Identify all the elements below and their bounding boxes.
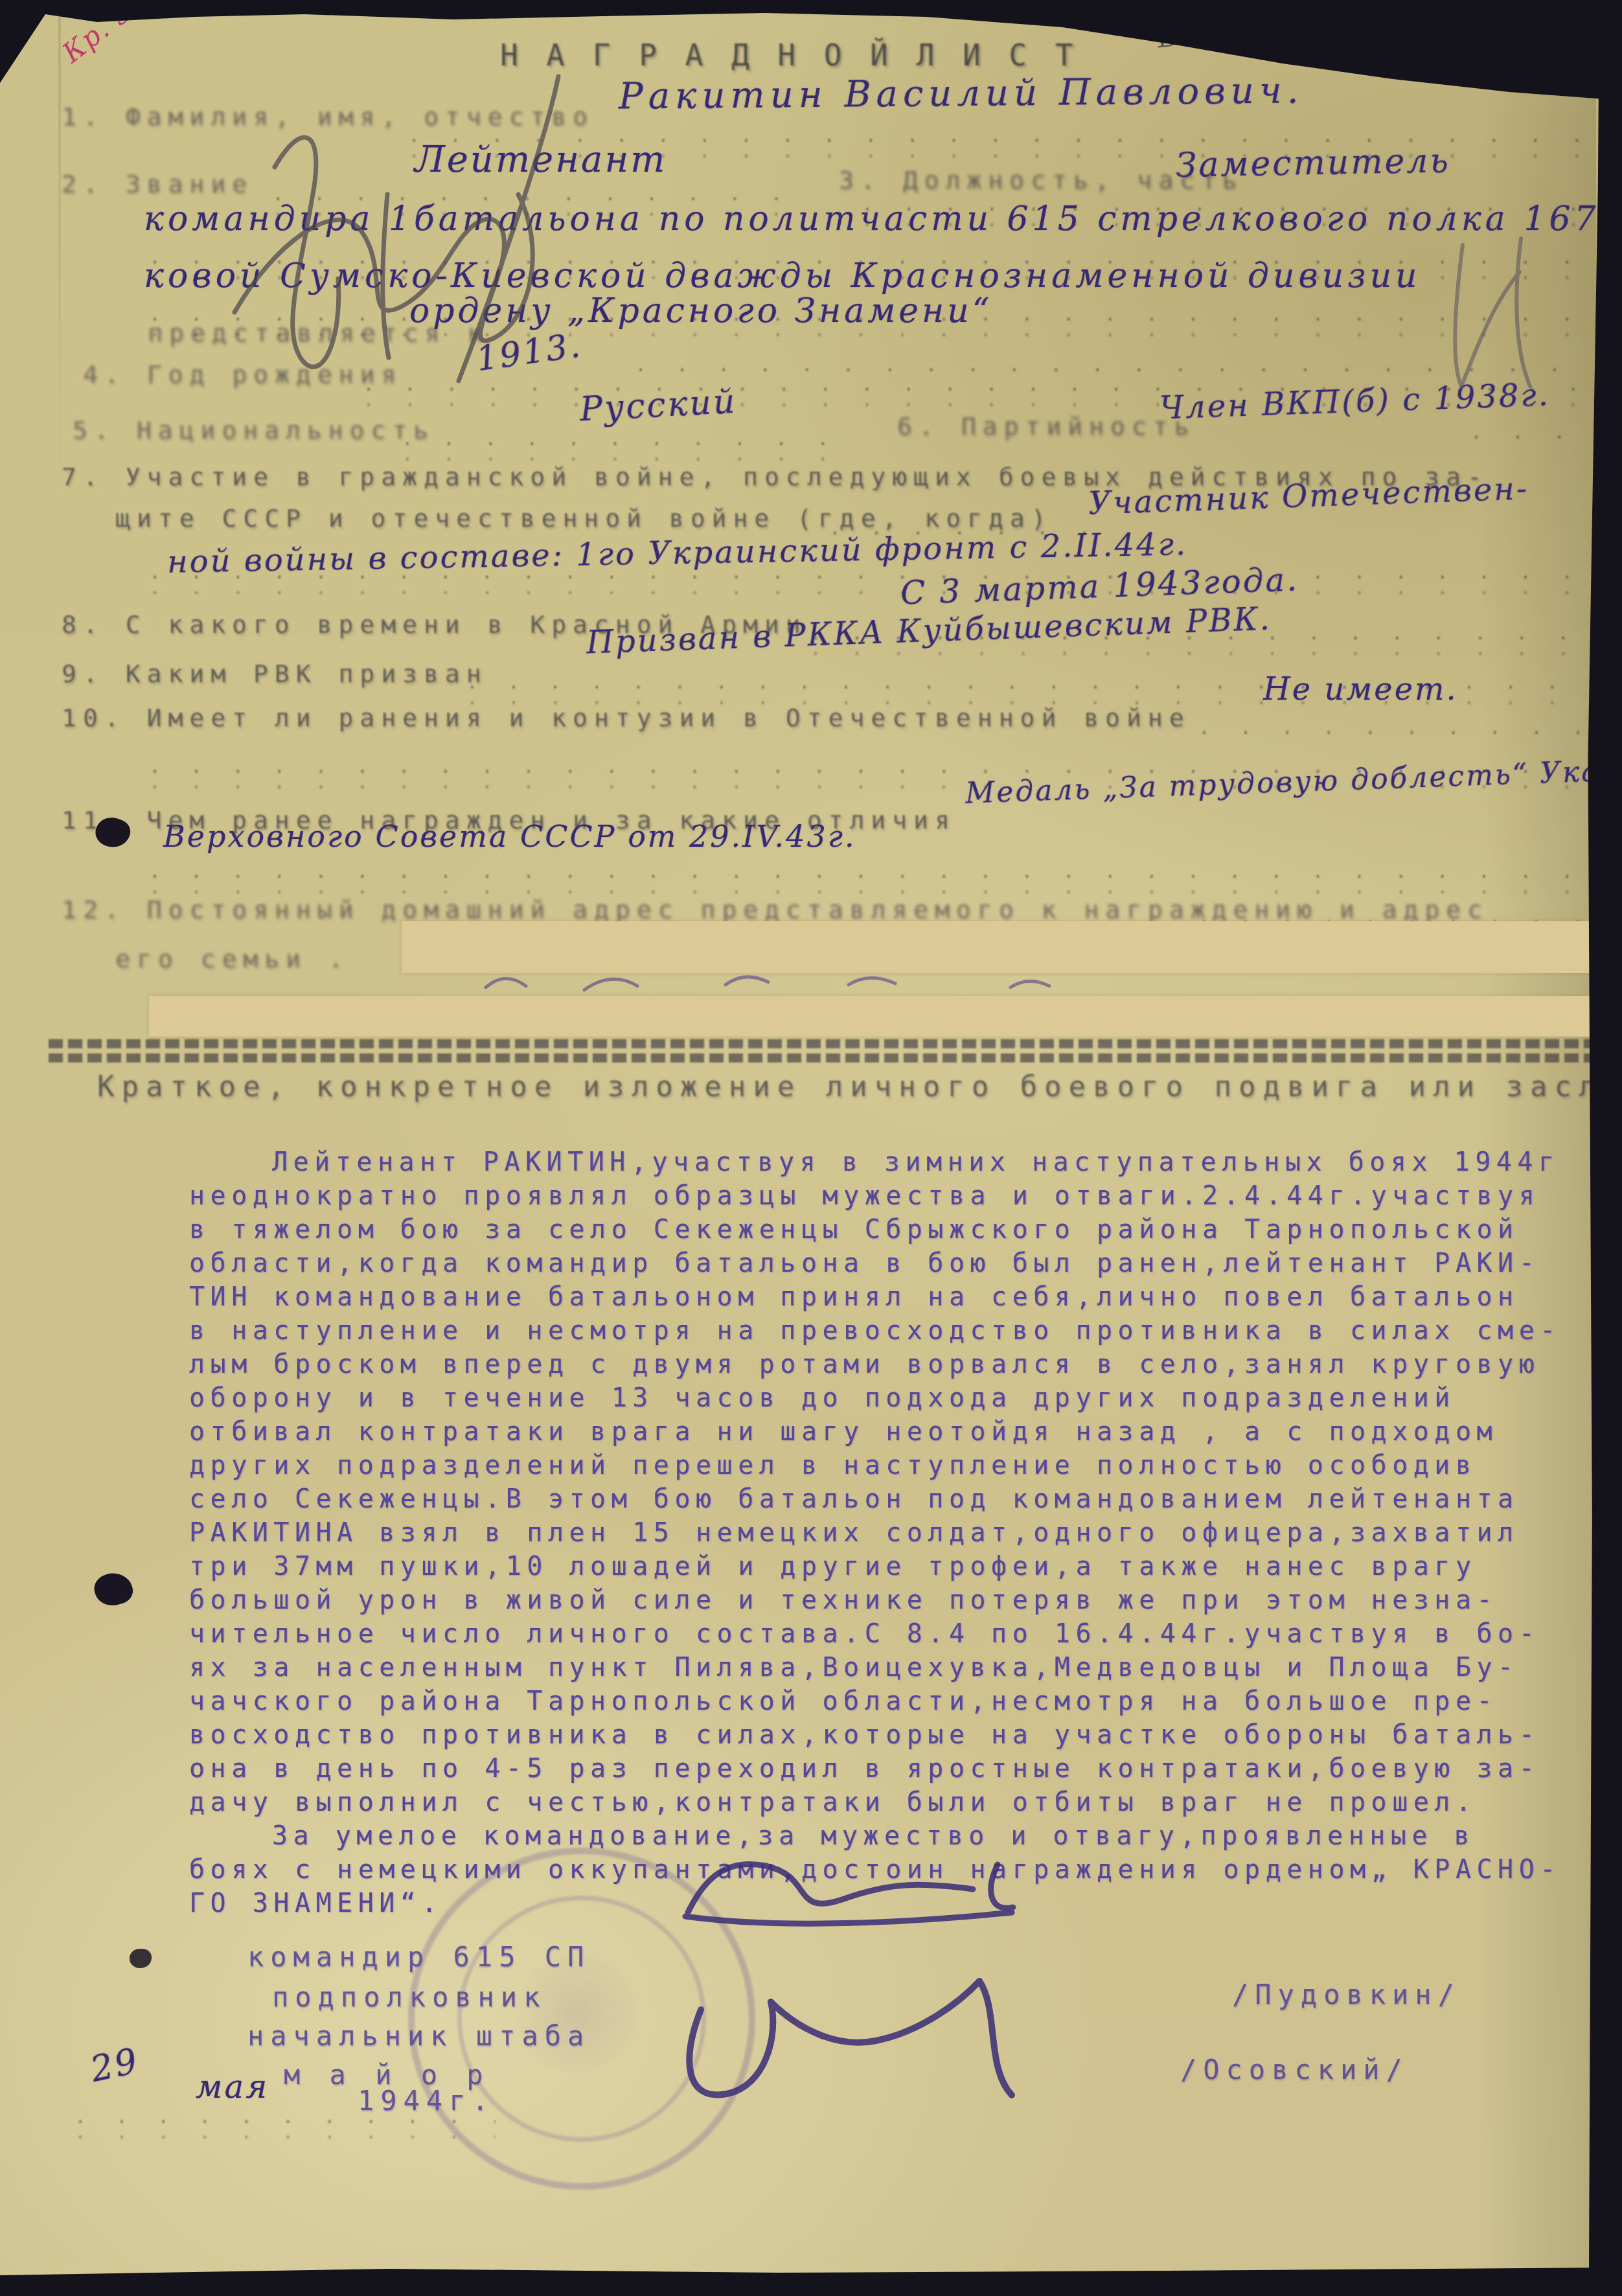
dotted-leader-14: . . . . . . . . . . . . . . . . . . . . … [1198,717,1593,740]
field-name-value: Ракитин Василий Павлович. [619,69,1304,117]
dotted-leader-7: . . . . . . . . . . . . . . . . . . . . … [363,373,1587,412]
dotted-leader-4: . . . . . . . . . . . . . . . . . . . . … [149,246,1593,285]
field-9-label: 9. Каким РВК призван [62,660,488,688]
field-11-value-line2: Верховного Совета СССР от 29.IV.43г. [163,819,856,854]
feat-line-5: ТИН командование батальоном принял на се… [189,1280,1561,1314]
feat-line-13: три 37мм пушки,10 лошадей и другие трофе… [189,1550,1561,1583]
dotted-leader-1: . . . . . . . . . . . . . . . . . . . . … [408,124,1581,163]
dotted-leader-18: . . . . . . . . . . . . . . . . . . . . … [74,2106,496,2144]
strike-line-1 [49,1039,1598,1048]
signoff-month: мая [196,2068,269,2106]
dotted-leader-16: . . . . . . . . . . . . . . . . . . . . … [149,860,1593,899]
feat-line-19: она в день по 4-5 раз переходил в яростн… [189,1752,1561,1785]
document-title: Н А Г Р А Д Н О Й Л И С Т [500,38,1078,73]
redaction-bar-2 [149,996,1593,1037]
signoff-name-osovsky: /Осовский/ [1180,2054,1409,2085]
feat-line-20: дачу выполнил с честью,контратаки были о… [189,1785,1561,1819]
feat-line-7: лым броском вперед с двумя ротами ворвал… [189,1348,1561,1381]
feat-line-15: чительное число личного состава.С 8.4 по… [189,1617,1561,1651]
feat-line-11: село Секеженцы.В этом бою батальон под к… [189,1482,1561,1516]
dotted-leader-3: . . . . . . . . . . . . . . . . . . . . … [862,193,1593,232]
dotted-leader-15: . . . . . . . . . . . . . . . . . . . . … [149,755,1593,794]
paper-crease [58,0,61,492]
feat-line-2: неоднократно проявлял образцы мужества и… [189,1179,1561,1213]
feat-line-21: За умелое командование,за мужество и отв… [189,1819,1561,1853]
feat-line-16: ях за населенным пункт Пилява,Воицехувка… [189,1651,1561,1684]
signoff-name-pudovkin: /Пудовкин/ [1232,1979,1461,2010]
dotted-leader-11: . . . . . . . . . . . . . . . . . . . . … [149,561,1593,600]
feat-line-3: в тяжелом бою за село Секеженцы Сбрыжско… [189,1213,1561,1246]
feat-line-1: Лейтенант РАКИТИН,участвуя в зимних наст… [189,1145,1561,1179]
feat-body: Лейтенант РАКИТИН,участвуя в зимних наст… [189,1145,1561,1920]
feat-line-8: оборону и в течение 13 часов до подхода … [189,1381,1561,1415]
dotted-leader-9: . . . . . . . . . . . . . . . . . . . . … [1470,421,1593,444]
feat-line-18: восходство противника в силах,которые на… [189,1718,1561,1752]
dotted-leader-12: . . . . . . . . . . . . . . . . . . . . … [810,622,1593,661]
field-5-label: 5. Национальность [73,416,435,444]
field-4-label: 4. Год рождения [83,360,402,389]
field-12-label-line2: его семьи . [115,945,350,973]
dotted-leader-10: . . . . . . . . . . . . . . . . . . . . … [829,517,1088,540]
dotted-leader-13: . . . . . . . . . . . . . . . . . . . . … [466,671,1593,710]
feat-line-4: области,когда командир батальона в бою б… [189,1246,1561,1280]
dotted-leader-2: . . . . . . . . . . . . . . . . . . . . … [272,183,810,222]
feat-line-17: чачского района Тарнопольской области,не… [189,1684,1561,1718]
feat-line-10: других подразделений перешел в наступлен… [189,1449,1561,1482]
redaction-bar-1 [402,921,1600,973]
feat-section-heading: Краткое, конкретное изложение личного бо… [97,1070,1622,1103]
strike-line-2 [49,1053,1598,1062]
field-6-label: 6. Партийность [897,412,1195,441]
scanned-award-sheet: Кр. 36 Вдм 6/39 Н А Г Р А Д Н О Й Л И С … [0,0,1622,2296]
field-2-label: 2. Звание [62,170,253,198]
dotted-leader-5: . . . . . . . . . . . . . . . . . . . . … [149,303,1593,342]
feat-line-9: отбивал контратаки врага ни шагу неотойд… [189,1415,1561,1449]
feat-line-12: РАКИТИНА взял в плен 15 немецких солдат,… [189,1516,1561,1550]
feat-line-22: боях с немецкими оккупантами,достоин наг… [189,1853,1561,1887]
feat-line-23: ГО ЗНАМЕНИ“. [189,1887,1561,1920]
feat-line-14: большой урон в живой силе и технике поте… [189,1583,1561,1617]
feat-line-6: в наступление и несмотря на превосходств… [189,1314,1561,1348]
dotted-leader-8: . . . . . . . . . . . . . . . . . . . . … [402,428,855,466]
